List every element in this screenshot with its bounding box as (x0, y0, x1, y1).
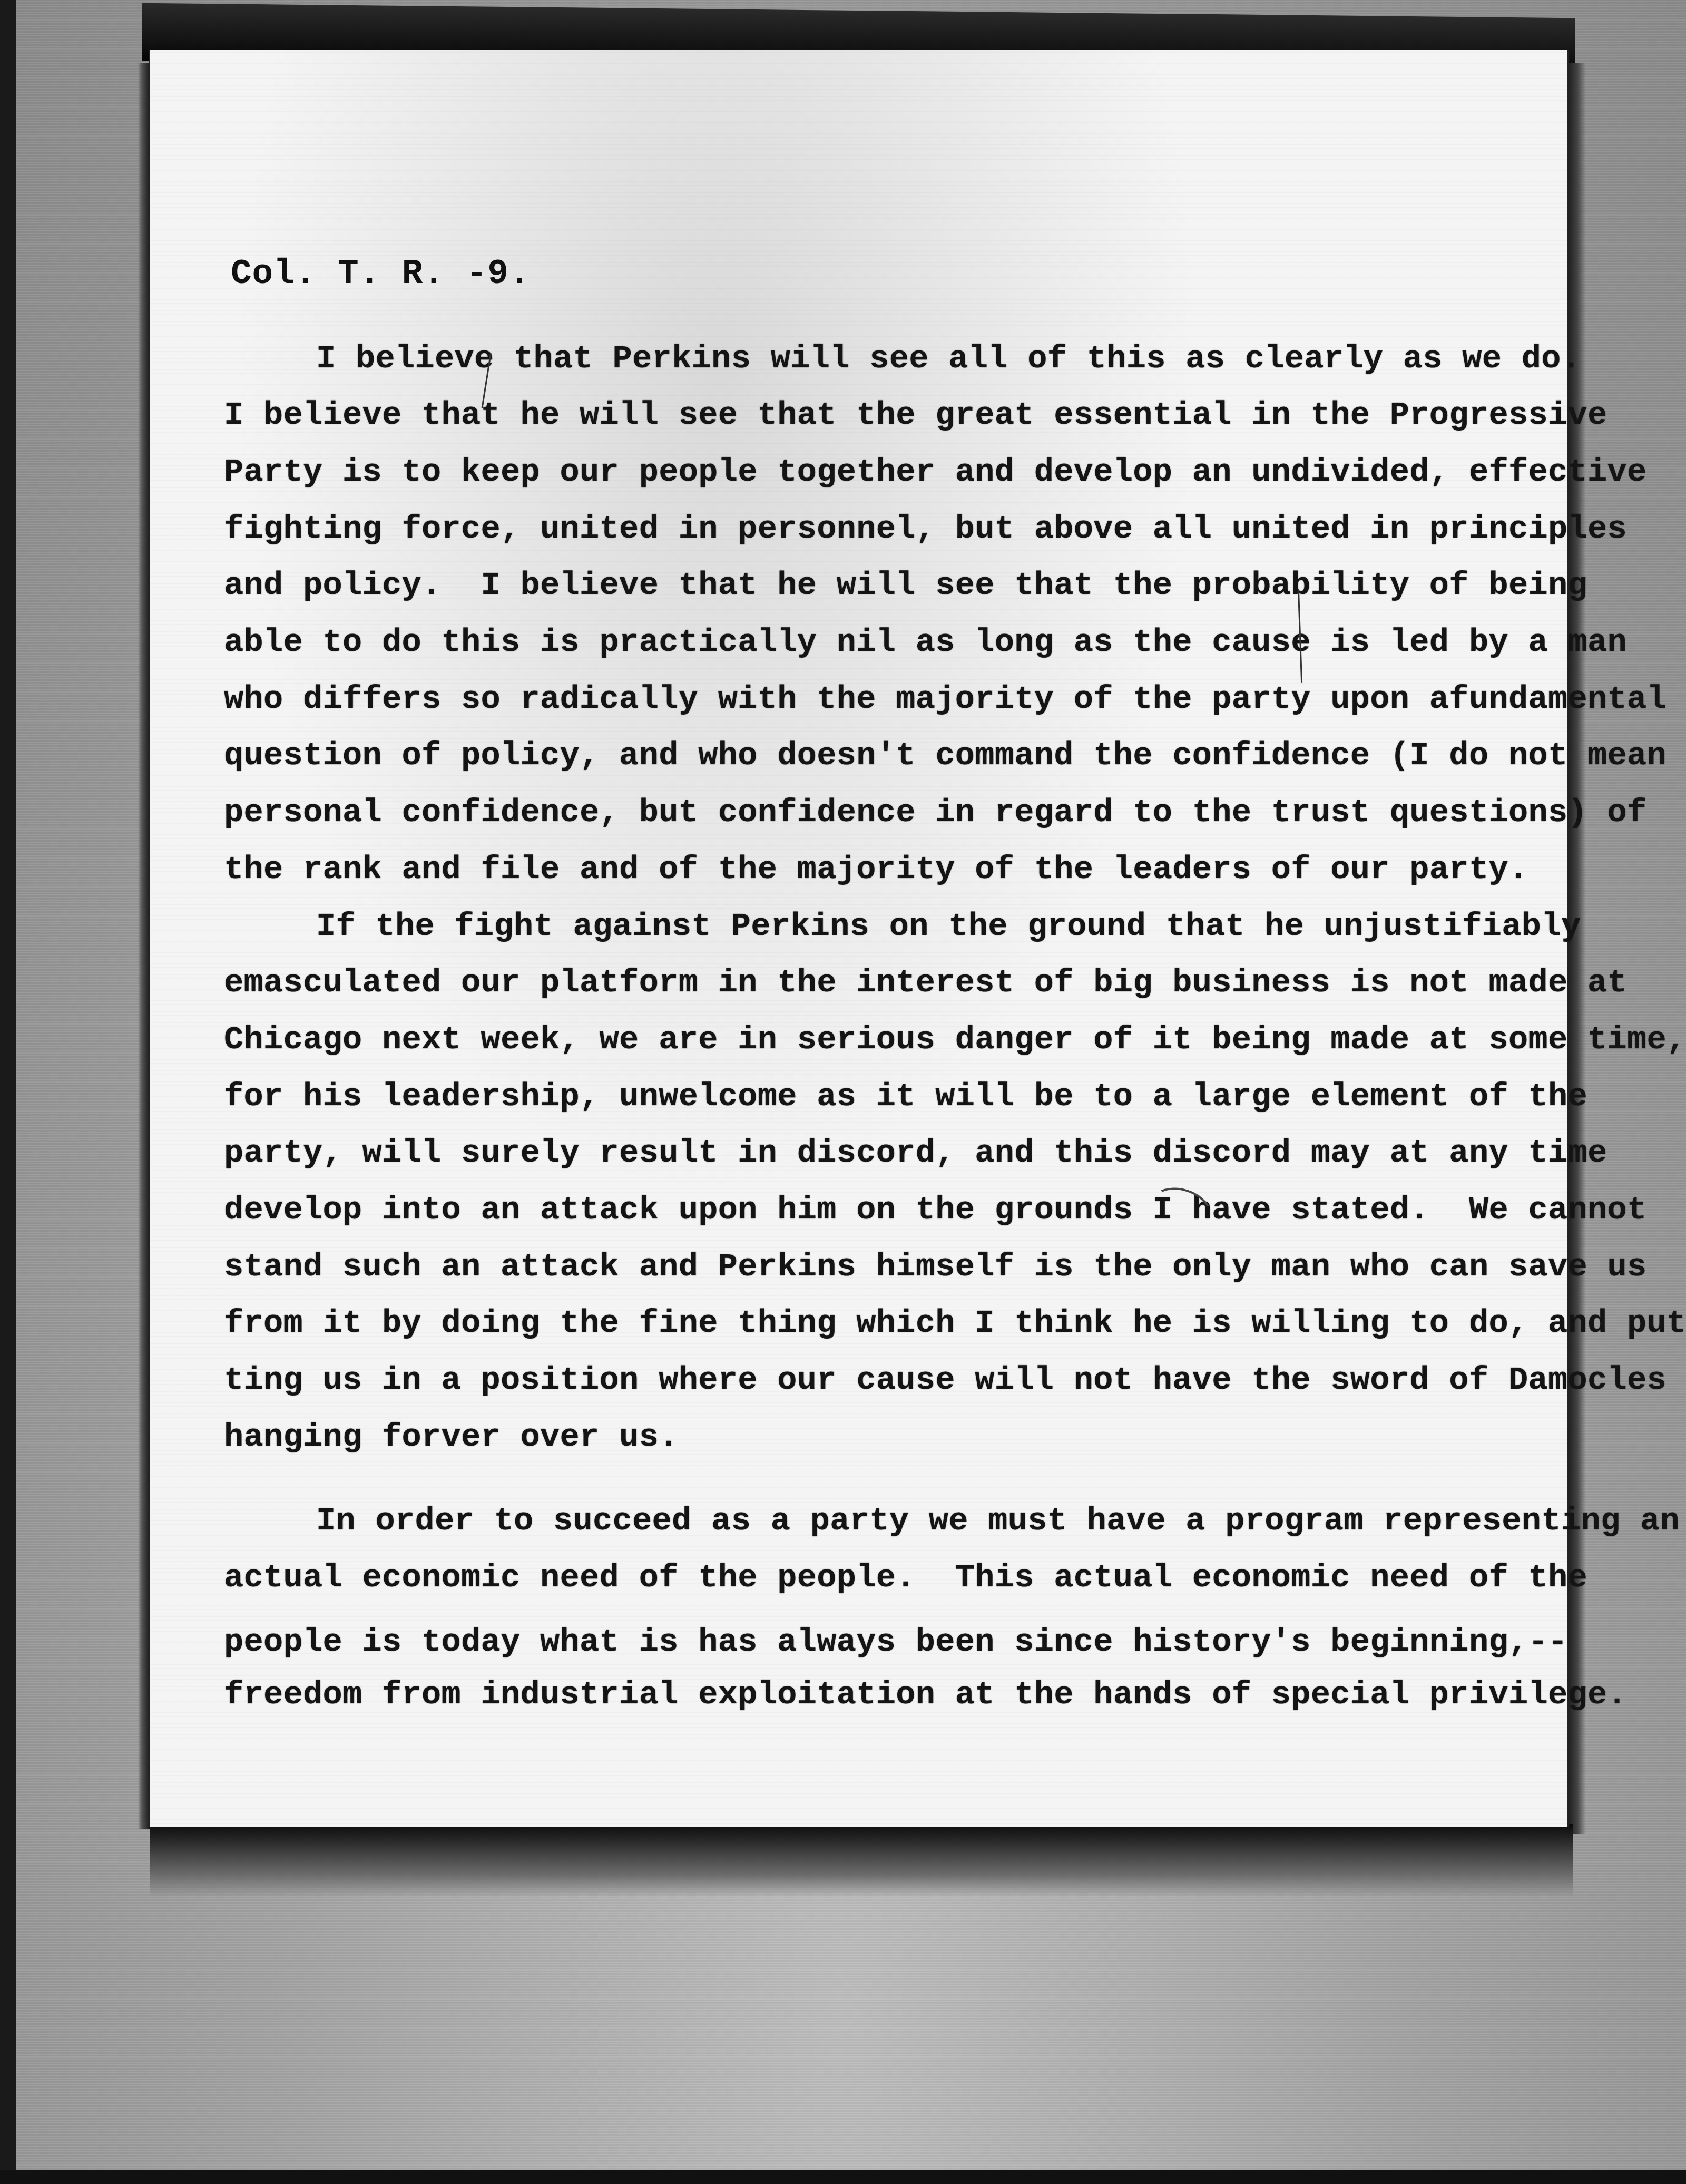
text-line: I believe that Perkins will see all of t… (316, 340, 1581, 377)
text-line: from it by doing the fine thing which I … (224, 1304, 1686, 1342)
text-line: Chicago next week, we are in serious dan… (224, 1021, 1686, 1058)
text-line: ting us in a position where our cause wi… (224, 1361, 1667, 1399)
text-line: personal confidence, but confidence in r… (224, 794, 1646, 831)
text-line: freedom from industrial exploitation at … (224, 1676, 1627, 1713)
page-bottom-shadow (150, 1824, 1573, 1897)
text-line: In order to succeed as a party we must h… (316, 1502, 1680, 1539)
text-line: fighting force, united in personnel, but… (224, 510, 1627, 548)
text-line: I believe that he will see that the grea… (224, 396, 1607, 434)
text-line: party, will surely result in discord, an… (224, 1134, 1607, 1172)
text-line: emasculated our platform in the interest… (224, 964, 1627, 1001)
scan-edge-left (0, 0, 16, 2184)
text-line: who differs so radically with the majori… (224, 680, 1667, 718)
text-line: people is today what is has always been … (224, 1623, 1567, 1661)
text-line: stand such an attack and Perkins himself… (224, 1248, 1646, 1285)
text-line: able to do this is practically nil as lo… (224, 623, 1627, 661)
text-line: Party is to keep our people together and… (224, 453, 1646, 491)
page-header: Col. T. R. -9. (231, 254, 531, 294)
text-line: develop into an attack upon him on the g… (224, 1191, 1646, 1228)
text-line: the rank and file and of the majority of… (224, 851, 1528, 888)
scan-edge-bottom (0, 2170, 1686, 2184)
text-line: for his leadership, unwelcome as it will… (224, 1078, 1587, 1115)
text-line: and policy. I believe that he will see t… (224, 567, 1587, 604)
text-line: actual economic need of the people. This… (224, 1559, 1587, 1596)
text-line: question of policy, and who doesn't comm… (224, 737, 1667, 774)
text-line: hanging forver over us. (224, 1418, 679, 1456)
text-line: If the fight against Perkins on the grou… (316, 908, 1581, 945)
